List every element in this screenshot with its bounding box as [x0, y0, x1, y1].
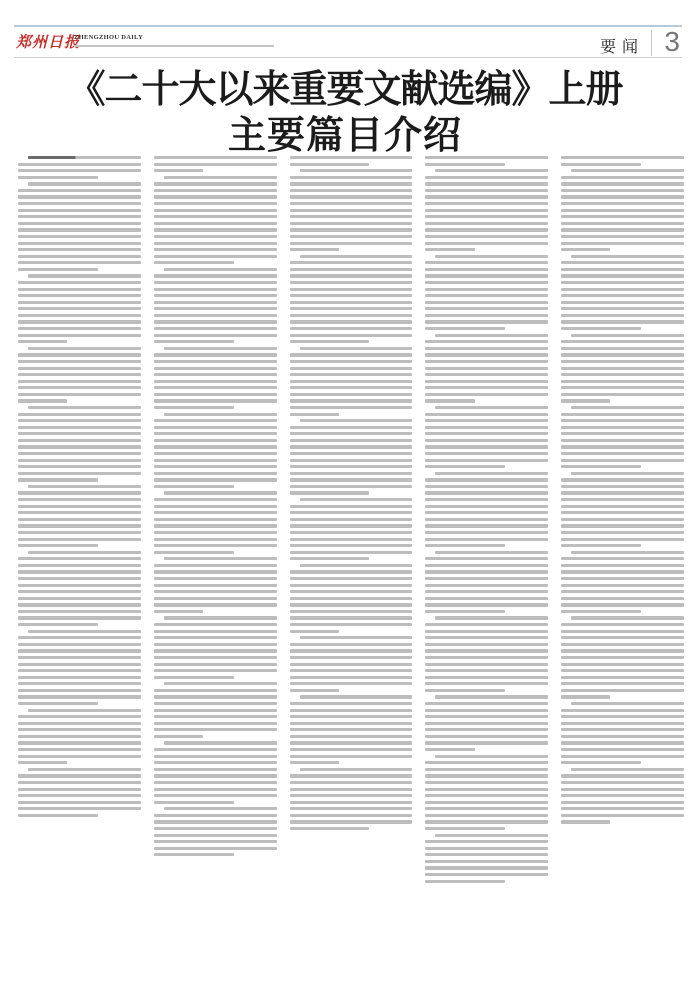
article-column-3: [290, 156, 413, 968]
article-paragraph: [561, 255, 684, 331]
article-paragraph: [561, 169, 684, 251]
article-column-5: [561, 156, 684, 968]
section-label: 要闻: [600, 34, 644, 57]
article-paragraph: [290, 169, 413, 251]
article-paragraph: [425, 406, 548, 468]
article-paragraph: [290, 156, 413, 166]
article-paragraph: [154, 156, 277, 172]
article-paragraph: [154, 741, 277, 803]
article-paragraph: [425, 334, 548, 403]
masthead-logo: 郑州日报: [16, 31, 80, 52]
article-paragraph: [425, 551, 548, 613]
article-paragraph: [290, 564, 413, 633]
article-paragraph: [154, 807, 277, 856]
article-paragraph: [154, 682, 277, 738]
article-paragraph: [290, 695, 413, 764]
article-paragraph: [425, 472, 548, 548]
article-paragraph: [425, 255, 548, 331]
page-header: 郑州日报 ZHENGZHOU DAILY 要闻 3: [14, 29, 682, 57]
article-column-1: [18, 156, 141, 968]
article-paragraph: [561, 702, 684, 764]
article-paragraph: [154, 413, 277, 489]
article-paragraph: [561, 472, 684, 548]
issue-meta-line: [74, 44, 274, 49]
article-paragraph: [154, 557, 277, 613]
article-paragraph: [18, 485, 141, 547]
article-paragraph: [154, 616, 277, 678]
article-paragraph: [154, 491, 277, 553]
article-paragraph: [154, 176, 277, 265]
article-paragraph: [425, 695, 548, 751]
article-column-4: [425, 156, 548, 968]
article-paragraph: [561, 406, 684, 468]
article-paragraph: [425, 156, 548, 166]
article-paragraph: [18, 182, 141, 271]
article-paragraph: [561, 334, 684, 403]
article-paragraph: [18, 709, 141, 765]
article-paragraph: [18, 768, 141, 817]
page-number: 3: [664, 26, 680, 58]
article-paragraph: [290, 419, 413, 495]
article-headline: 《二十大以来重要文献选编》上册 主要篇目介绍: [0, 66, 690, 158]
article-paragraph: [290, 498, 413, 560]
header-bottom-rule: [14, 57, 682, 58]
article-paragraph: [561, 156, 684, 166]
article-paragraph: [18, 156, 141, 179]
headline-line-1: 《二十大以来重要文献选编》上册: [0, 66, 690, 112]
article-paragraph: [18, 406, 141, 482]
article-paragraph: [425, 169, 548, 251]
header-divider: [651, 30, 652, 56]
article-paragraph: [425, 616, 548, 692]
article-paragraph: [561, 551, 684, 613]
paper-name-en: ZHENGZHOU DAILY: [74, 34, 143, 41]
article-paragraph: [18, 630, 141, 706]
article-column-2: [154, 156, 277, 968]
article-paragraph: [290, 768, 413, 830]
article-paragraph: [290, 255, 413, 344]
article-body: [18, 156, 684, 968]
article-paragraph: [290, 636, 413, 692]
article-paragraph: [425, 834, 548, 883]
article-paragraph: [425, 755, 548, 831]
article-paragraph: [561, 616, 684, 698]
article-paragraph: [18, 347, 141, 403]
article-paragraph: [154, 268, 277, 344]
article-paragraph: [18, 274, 141, 343]
article-paragraph: [561, 768, 684, 824]
header-top-rule: [14, 25, 682, 27]
article-paragraph: [154, 347, 277, 409]
article-paragraph: [18, 551, 141, 627]
article-paragraph: [290, 347, 413, 416]
headline-line-2: 主要篇目介绍: [0, 112, 690, 158]
